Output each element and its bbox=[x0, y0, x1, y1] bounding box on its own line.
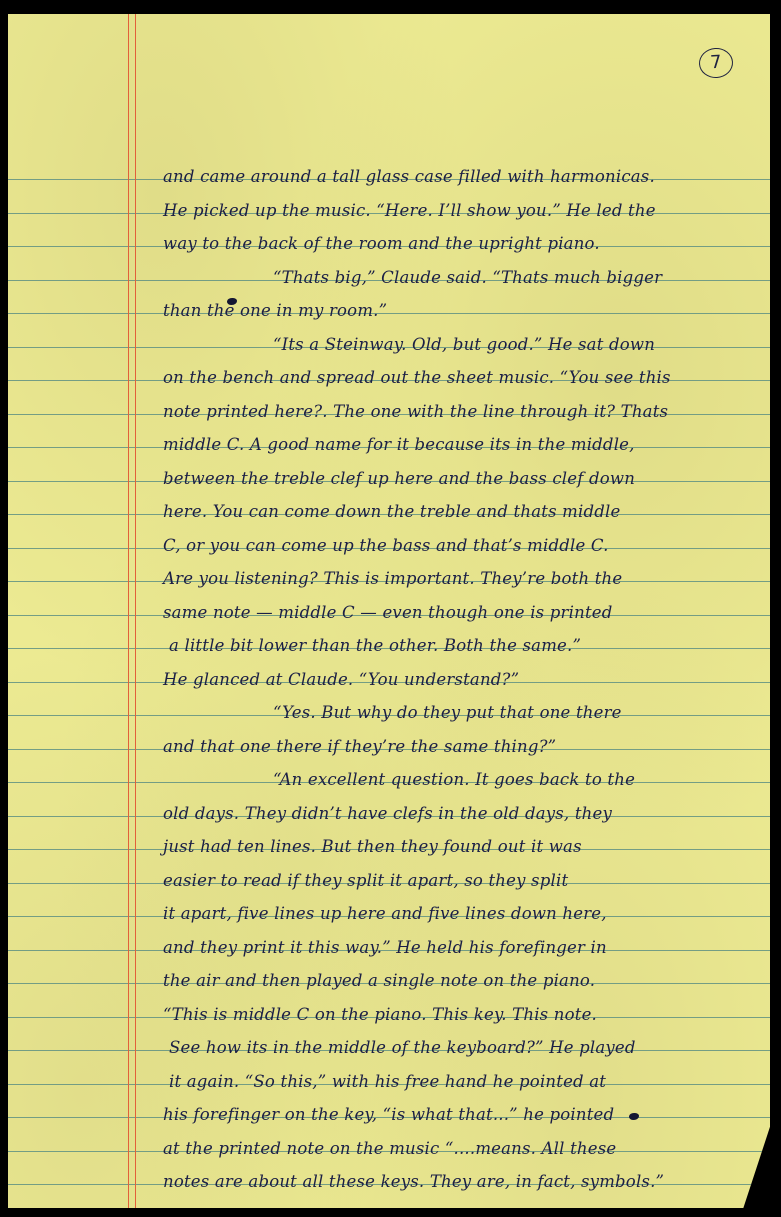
text-line: “Its a Steinway. Old, but good.” He sat … bbox=[163, 328, 763, 362]
text-line: it apart, five lines up here and five li… bbox=[163, 897, 763, 931]
text-line: and that one there if they’re the same t… bbox=[163, 730, 763, 764]
text-line: Are you listening? This is important. Th… bbox=[163, 562, 763, 596]
text-line: the air and then played a single note on… bbox=[163, 964, 763, 998]
text-line: a little bit lower than the other. Both … bbox=[163, 629, 763, 663]
text-line: He picked up the music. “Here. I’ll show… bbox=[163, 194, 763, 228]
text-line: and they print it this way.” He held his… bbox=[163, 931, 763, 965]
text-line: his forefinger on the key, “is what that… bbox=[163, 1098, 763, 1132]
text-line: See how its in the middle of the keyboar… bbox=[163, 1031, 763, 1065]
text-line: between the treble clef up here and the … bbox=[163, 462, 763, 496]
text-line: than the one in my room.” bbox=[163, 294, 763, 328]
text-line: same note — middle C — even though one i… bbox=[163, 596, 763, 630]
text-line: “This is middle C on the piano. This key… bbox=[163, 998, 763, 1032]
text-line: here. You can come down the treble and t… bbox=[163, 495, 763, 529]
handwritten-text: and came around a tall glass case filled… bbox=[163, 160, 763, 1199]
margin-line-right bbox=[135, 14, 136, 1208]
text-line: “Yes. But why do they put that one there bbox=[163, 696, 763, 730]
text-line: easier to read if they split it apart, s… bbox=[163, 864, 763, 898]
text-line: C, or you can come up the bass and that’… bbox=[163, 529, 763, 563]
text-line: old days. They didn’t have clefs in the … bbox=[163, 797, 763, 831]
margin-line-left bbox=[128, 14, 129, 1208]
page-number-circled: 7 bbox=[698, 47, 734, 79]
text-line: middle C. A good name for it because its… bbox=[163, 428, 763, 462]
text-line: it again. “So this,” with his free hand … bbox=[163, 1065, 763, 1099]
text-line: way to the back of the room and the upri… bbox=[163, 227, 763, 261]
text-line: and came around a tall glass case filled… bbox=[163, 160, 763, 194]
legal-paper-page: 7 and came around a tall glass case fill… bbox=[8, 14, 770, 1208]
text-line: just had ten lines. But then they found … bbox=[163, 830, 763, 864]
text-line: note printed here?. The one with the lin… bbox=[163, 395, 763, 429]
text-line: on the bench and spread out the sheet mu… bbox=[163, 361, 763, 395]
text-line: He glanced at Claude. “You understand?” bbox=[163, 663, 763, 697]
text-line: at the printed note on the music “....me… bbox=[163, 1132, 763, 1166]
text-line: “An excellent question. It goes back to … bbox=[163, 763, 763, 797]
text-line: “Thats big,” Claude said. “Thats much bi… bbox=[163, 261, 763, 295]
text-line: notes are about all these keys. They are… bbox=[163, 1165, 763, 1199]
